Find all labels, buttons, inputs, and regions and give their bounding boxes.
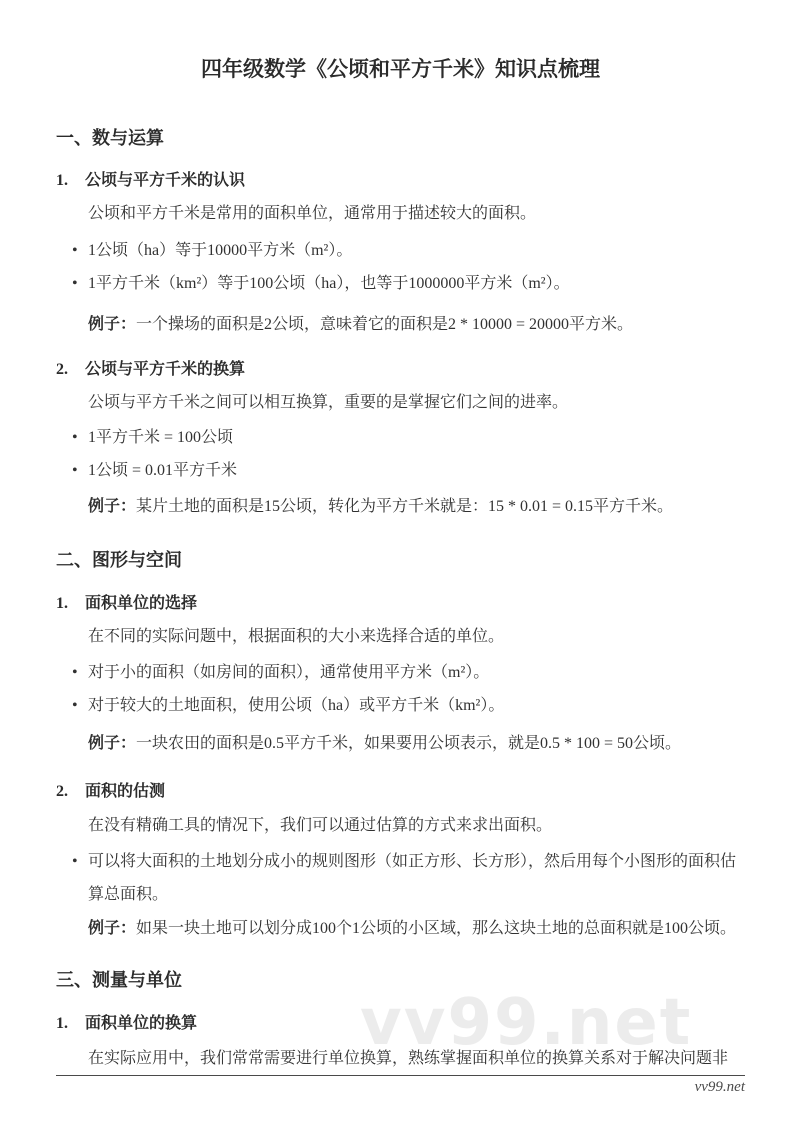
subsection-title: 面积单位的选择 — [85, 593, 197, 615]
subsection-title: 面积单位的换算 — [85, 1013, 197, 1035]
bullet-list: 对于小的面积（如房间的面积），通常使用平方米（m²）。 对于较大的土地面积，使用… — [88, 656, 745, 722]
example-label: 例子： — [88, 920, 136, 937]
subsection-number: 1. — [56, 593, 85, 615]
bullet-item: 1平方千米 = 100公顷 — [88, 421, 745, 454]
footer-divider — [56, 1075, 745, 1076]
subsection-title: 公顷与平方千米的换算 — [85, 359, 245, 381]
bullet-item: 1公顷 = 0.01平方千米 — [88, 454, 745, 487]
section-heading-1: 一、数与运算 — [56, 126, 745, 150]
paragraph: 公顷和平方千米是常用的面积单位，通常用于描述较大的面积。 — [88, 203, 745, 225]
example-paragraph: 例子：一块农田的面积是0.5平方千米，如果要用公顷表示，就是0.5 * 100 … — [88, 733, 745, 755]
subsection-title: 面积的估测 — [85, 781, 165, 803]
subsection-heading-1-1: 1. 公顷与平方千米的认识 — [56, 170, 745, 192]
subsection-heading-1-2: 2. 公顷与平方千米的换算 — [56, 359, 745, 381]
example-paragraph: 例子：某片土地的面积是15公顷，转化为平方千米就是：15 * 0.01 = 0.… — [88, 496, 745, 518]
bullet-item: 1公顷（ha）等于10000平方米（m²）。 — [88, 234, 745, 267]
paragraph: 在实际应用中，我们常常需要进行单位换算，熟练掌握面积单位的换算关系对于解决问题非 — [88, 1048, 745, 1070]
page-title: 四年级数学《公顷和平方千米》知识点梳理 — [56, 56, 745, 82]
example-paragraph: 例子：一个操场的面积是2公顷，意味着它的面积是2 * 10000 = 20000… — [88, 314, 745, 336]
footer-site-text: vv99.net — [56, 1079, 745, 1096]
bullet-item: 对于小的面积（如房间的面积），通常使用平方米（m²）。 — [88, 656, 745, 689]
example-text: 某片土地的面积是15公顷，转化为平方千米就是：15 * 0.01 = 0.15平… — [136, 498, 673, 515]
example-text: 一个操场的面积是2公顷，意味着它的面积是2 * 10000 = 20000平方米… — [136, 316, 633, 333]
bullet-list: 可以将大面积的土地划分成小的规则图形（如正方形、长方形），然后用每个小图形的面积… — [88, 845, 745, 911]
bullet-item: 可以将大面积的土地划分成小的规则图形（如正方形、长方形），然后用每个小图形的面积… — [88, 845, 745, 911]
bullet-list: 1平方千米 = 100公顷 1公顷 = 0.01平方千米 — [88, 421, 745, 487]
example-label: 例子： — [88, 735, 136, 752]
paragraph: 公顷与平方千米之间可以相互换算，重要的是掌握它们之间的进率。 — [88, 392, 745, 414]
subsection-number: 2. — [56, 781, 85, 803]
subsection-title: 公顷与平方千米的认识 — [85, 170, 245, 192]
example-label: 例子： — [88, 498, 136, 515]
subsection-number: 1. — [56, 170, 85, 192]
subsection-number: 2. — [56, 359, 85, 381]
example-text: 如果一块土地可以划分成100个1公顷的小区域，那么这块土地的总面积就是100公顷… — [136, 920, 736, 937]
paragraph: 在没有精确工具的情况下，我们可以通过估算的方式来求出面积。 — [88, 815, 745, 837]
subsection-heading-2-1: 1. 面积单位的选择 — [56, 593, 745, 615]
paragraph: 在不同的实际问题中，根据面积的大小来选择合适的单位。 — [88, 626, 745, 648]
subsection-number: 1. — [56, 1013, 85, 1035]
section-heading-3: 三、测量与单位 — [56, 968, 745, 992]
subsection-heading-2-2: 2. 面积的估测 — [56, 781, 745, 803]
example-paragraph: 例子：如果一块土地可以划分成100个1公顷的小区域，那么这块土地的总面积就是10… — [88, 918, 745, 940]
bullet-item: 对于较大的土地面积，使用公顷（ha）或平方千米（km²）。 — [88, 689, 745, 722]
example-label: 例子： — [88, 316, 136, 333]
subsection-heading-3-1: 1. 面积单位的换算 — [56, 1013, 745, 1035]
section-heading-2: 二、图形与空间 — [56, 548, 745, 572]
bullet-item: 1平方千米（km²）等于100公顷（ha），也等于1000000平方米（m²）。 — [88, 267, 745, 300]
bullet-list: 1公顷（ha）等于10000平方米（m²）。 1平方千米（km²）等于100公顷… — [88, 234, 745, 300]
document-page: 四年级数学《公顷和平方千米》知识点梳理 一、数与运算 1. 公顷与平方千米的认识… — [0, 0, 800, 1130]
example-text: 一块农田的面积是0.5平方千米，如果要用公顷表示，就是0.5 * 100 = 5… — [136, 735, 681, 752]
